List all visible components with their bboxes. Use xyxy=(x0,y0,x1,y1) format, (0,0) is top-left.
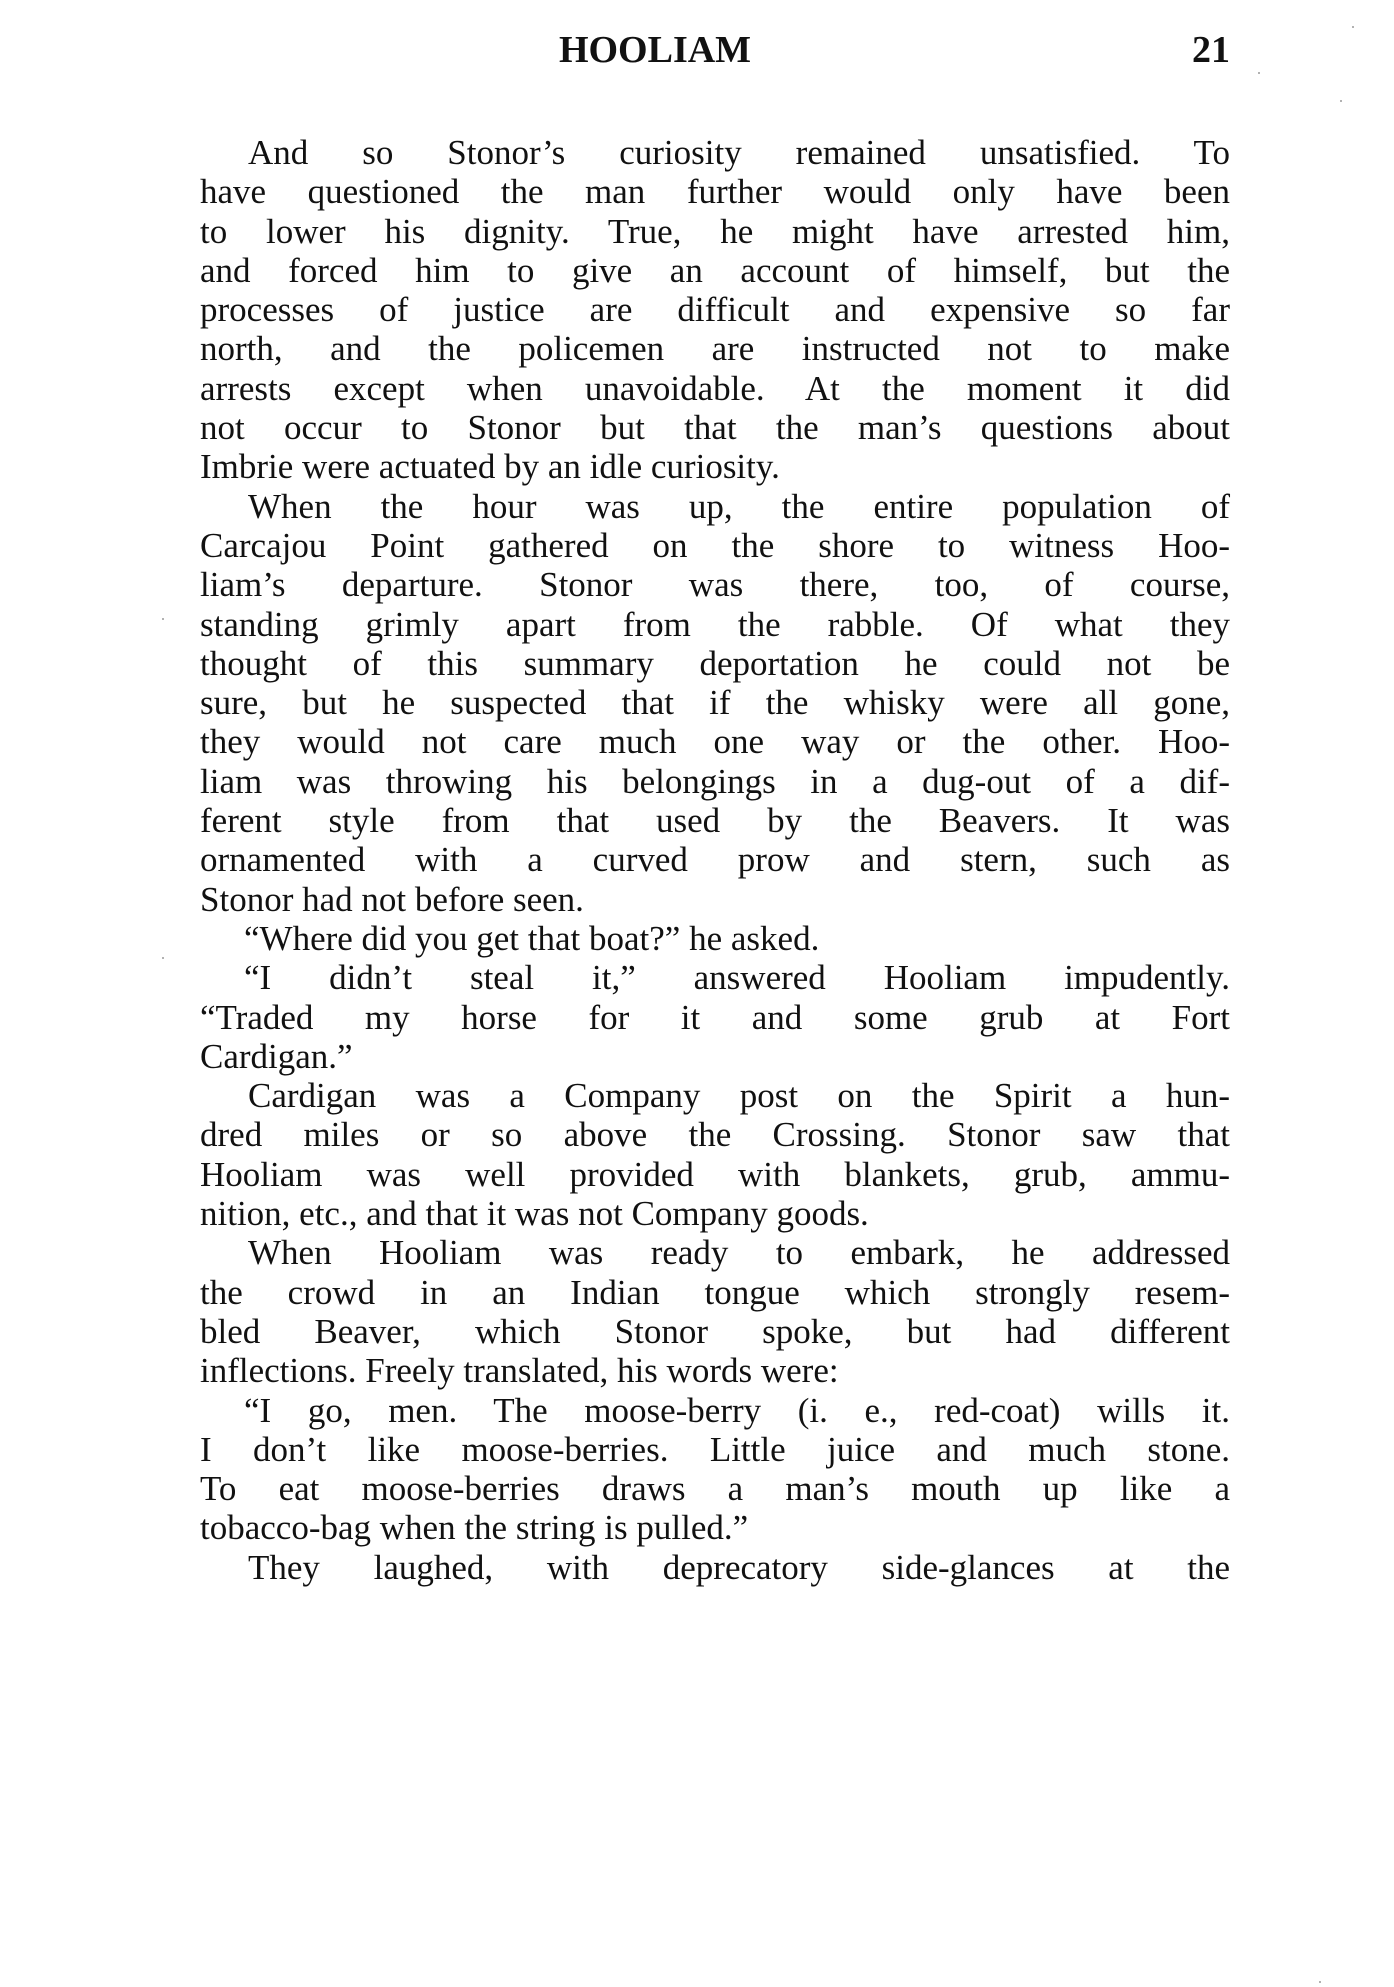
text-line: liam’s departure. Stonor was there, too,… xyxy=(200,565,1230,604)
text-line: ferent style from that used by the Beave… xyxy=(200,801,1230,840)
scan-speck xyxy=(1340,100,1342,102)
text-line: Hooliam was well provided with blankets,… xyxy=(200,1155,1230,1194)
scan-speck xyxy=(162,618,164,620)
text-line: and forced him to give an account of him… xyxy=(200,251,1230,290)
text-line: bled Beaver, which Stonor spoke, but had… xyxy=(200,1312,1230,1351)
chapter-title: HOOLIAM xyxy=(140,28,1170,72)
text-line: tobacco-bag when the string is pulled.” xyxy=(200,1508,1230,1547)
text-line: arrests except when unavoidable. At the … xyxy=(200,369,1230,408)
text-line: “I didn’t steal it,” answered Hooliam im… xyxy=(200,958,1230,997)
text-line: “I go, men. The moose-berry (i. e., red-… xyxy=(200,1391,1230,1430)
text-line: When Hooliam was ready to embark, he add… xyxy=(200,1233,1230,1272)
text-line: ornamented with a curved prow and stern,… xyxy=(200,840,1230,879)
text-line: have questioned the man further would on… xyxy=(200,172,1230,211)
text-line: dred miles or so above the Crossing. Sto… xyxy=(200,1115,1230,1154)
page-number: 21 xyxy=(1192,28,1230,72)
text-line: nition, etc., and that it was not Compan… xyxy=(200,1194,1230,1233)
text-line: To eat moose-berries draws a man’s mouth… xyxy=(200,1469,1230,1508)
text-line: Cardigan was a Company post on the Spiri… xyxy=(200,1076,1230,1115)
body-text: And so Stonor’s curiosity remained unsat… xyxy=(200,133,1230,1587)
text-line: Cardigan.” xyxy=(200,1037,1230,1076)
text-line: they would not care much one way or the … xyxy=(200,722,1230,761)
paragraph: When the hour was up, the entire populat… xyxy=(200,487,1230,919)
text-line: processes of justice are difficult and e… xyxy=(200,290,1230,329)
paragraph: And so Stonor’s curiosity remained unsat… xyxy=(200,133,1230,487)
text-line: Stonor had not before seen. xyxy=(200,880,1230,919)
text-line: standing grimly apart from the rabble. O… xyxy=(200,605,1230,644)
text-line: thought of this summary deportation he c… xyxy=(200,644,1230,683)
scan-speck xyxy=(1352,26,1354,28)
text-line: not occur to Stonor but that the man’s q… xyxy=(200,408,1230,447)
text-line: inflections. Freely translated, his word… xyxy=(200,1351,1230,1390)
text-line: sure, but he suspected that if the whisk… xyxy=(200,683,1230,722)
scan-speck xyxy=(1319,1981,1321,1983)
text-line: north, and the policemen are instructed … xyxy=(200,329,1230,368)
text-line: I don’t like moose-berries. Little juice… xyxy=(200,1430,1230,1469)
text-line: Carcajou Point gathered on the shore to … xyxy=(200,526,1230,565)
scan-speck xyxy=(1258,72,1260,74)
text-line: the crowd in an Indian tongue which stro… xyxy=(200,1273,1230,1312)
book-page: HOOLIAM 21 And so Stonor’s curiosity rem… xyxy=(0,0,1394,1987)
text-line: And so Stonor’s curiosity remained unsat… xyxy=(200,133,1230,172)
paragraph: Cardigan was a Company post on the Spiri… xyxy=(200,1076,1230,1233)
text-line: liam was throwing his belongings in a du… xyxy=(200,762,1230,801)
text-line: Imbrie were actuated by an idle curiosit… xyxy=(200,447,1230,486)
text-line: “Where did you get that boat?” he asked. xyxy=(200,919,1230,958)
paragraph: They laughed, with deprecatory side-glan… xyxy=(200,1548,1230,1587)
paragraph: “Where did you get that boat?” he asked. xyxy=(200,919,1230,958)
running-header: HOOLIAM 21 xyxy=(200,28,1230,78)
text-line: “Traded my horse for it and some grub at… xyxy=(200,998,1230,1037)
text-line: to lower his dignity. True, he might hav… xyxy=(200,212,1230,251)
text-line: When the hour was up, the entire populat… xyxy=(200,487,1230,526)
paragraph: “I go, men. The moose-berry (i. e., red-… xyxy=(200,1391,1230,1548)
text-line: They laughed, with deprecatory side-glan… xyxy=(200,1548,1230,1587)
paragraph: When Hooliam was ready to embark, he add… xyxy=(200,1233,1230,1390)
paragraph: “I didn’t steal it,” answered Hooliam im… xyxy=(200,958,1230,1076)
scan-speck xyxy=(162,957,164,959)
